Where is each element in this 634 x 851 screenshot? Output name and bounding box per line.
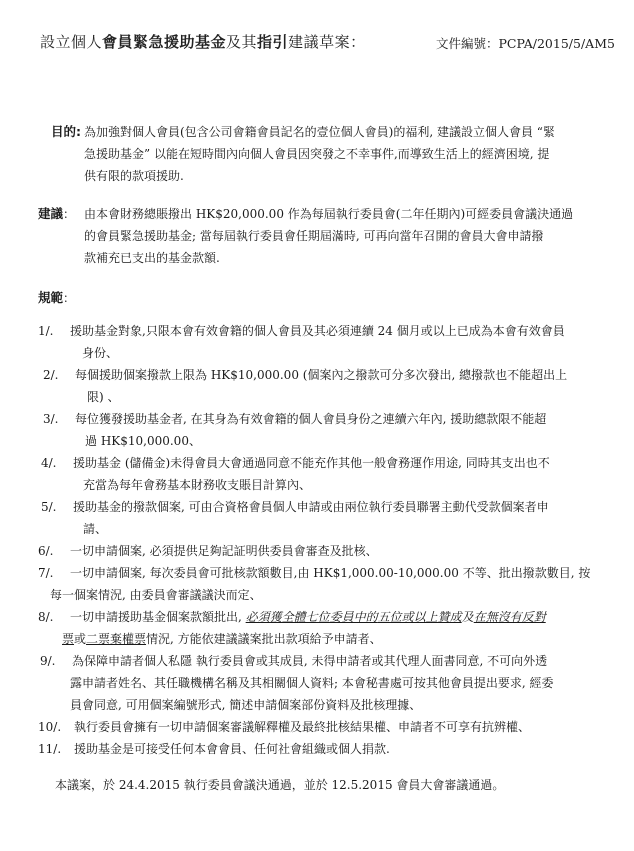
rule-item-1: 1/. 援助基金對象,只限本會有效會籍的個人會員及其必須連續 24 個月或以上已… [38, 320, 618, 364]
rule-line: 執行委員會擁有一切申請個案審議解釋權及最終批核結果權、申請者不可享有抗辨權、 [74, 716, 618, 738]
rule-line: 請、 [73, 518, 618, 540]
purpose-line: 為加強對個人會員(包含公司會籍會員記名的壹位個人會員)的福利, 建議設立個人會員… [84, 121, 614, 143]
rule-line: 每位獲發援助基金者, 在其身為有效會籍的個人會員身份之連續六年內, 援助總款限不… [75, 408, 618, 430]
rule-number: 6/. [38, 540, 54, 562]
rule-item-6: 6/. 一切申請個案, 必須提供足夠記証明供委員會審查及批核、 [38, 540, 618, 562]
rule-line: 每個援助個案撥款上限為 HK$10,000.00 (個案內之撥款可分多次發出, … [75, 364, 618, 386]
document-number: 文件編號：PCPA/2015/5/AM5 [436, 34, 615, 52]
rule-item-9: 9/. 為保障申請者個人私隱 執行委員會或其成員, 未得申請者或其代理人面書同意… [40, 650, 618, 716]
rule-number: 4/. [41, 452, 57, 474]
purpose-heading: 目的: [51, 121, 81, 143]
proposal-line: 款補充已支出的基金款額. [84, 247, 614, 269]
proposal-line: 由本會財務總賬撥出 HK$20,000.00 作為每屆執行委員會(二年任期內)可… [84, 203, 614, 225]
rule-number: 11/. [38, 738, 61, 760]
rule-line: 一切申請援助基金個案款額批出, 必須獲全體七位委員中的五位或以上贊成及在無沒有反… [70, 606, 618, 628]
rule-number: 1/. [38, 320, 54, 342]
rule-number: 5/. [41, 496, 57, 518]
title-part: 及其 [226, 33, 257, 51]
purpose-line: 供有限的款項援助. [84, 165, 614, 187]
rules-heading: 規範： [38, 287, 75, 309]
rule-line: 露申請者姓名、其任職機構名稱及其相關個人資料; 本會秘書處可按其他會員提出要求,… [70, 672, 618, 694]
rule-item-7: 7/. 一切申請個案, 每次委員會可批核款額數目,由 HK$1,000.00-1… [38, 562, 618, 606]
rule-number: 8/. [38, 606, 54, 628]
rule-number: 3/. [43, 408, 59, 430]
rule-number: 10/. [38, 716, 61, 738]
purpose-colon: : [76, 124, 81, 139]
rule-text-underlined: 二票棄權票 [86, 632, 146, 646]
rule-line: 身份、 [70, 342, 618, 364]
rule-line: 員會同意, 可用個案編號形式, 簡述申請個案部份資料及批核理據、 [70, 694, 618, 716]
title-part: 設立個人 [40, 33, 102, 51]
rule-line: 援助基金對象,只限本會有效會籍的個人會員及其必須連續 24 個月或以上已成為本會… [70, 320, 618, 342]
title-part-bold: 指引 [257, 33, 288, 51]
rule-text: 或 [74, 632, 86, 646]
rule-text: 情況, 方能依建議議案批出款項給予申請者、 [146, 632, 382, 646]
rule-item-11: 11/. 援助基金是可接受任何本會會員、任何社會組織或個人捐款. [38, 738, 618, 760]
rule-line: 一切申請個案, 每次委員會可批核款額數目,由 HK$1,000.00-10,00… [70, 562, 618, 584]
rules-list: 1/. 援助基金對象,只限本會有效會籍的個人會員及其必須連續 24 個月或以上已… [38, 320, 618, 760]
rule-line: 過 HK$10,000.00、 [75, 430, 618, 452]
rule-text-underlined: 票 [62, 632, 74, 646]
rules-colon: ： [63, 291, 75, 305]
rule-number: 2/. [43, 364, 59, 386]
title-part-bold: 會員緊急援助基金 [102, 33, 226, 51]
purpose-line: 急援助基金” 以能在短時間內向個人會員因突發之不幸事件,而導致生活上的經濟困境,… [84, 143, 614, 165]
document-title: 設立個人會員緊急援助基金及其指引建議草案： [40, 31, 366, 52]
rule-line: 充當為每年會務基本財務收支賬目計算內、 [73, 474, 618, 496]
proposal-label: 建議 [38, 206, 63, 221]
title-part: 建議草案： [288, 33, 366, 51]
rule-line: 援助基金 (儲備金)未得會員大會通過同意不能充作其他一般會務運作用途, 同時其支… [73, 452, 618, 474]
rule-line: 援助基金的撥款個案, 可由合資格會員個人申請或由兩位執行委員聯署主動代受款個案者… [73, 496, 618, 518]
rule-text-emphasis: 及 [462, 610, 474, 624]
proposal-line: 的會員緊急援助基金; 當每屆執行委員會任期屆滿時, 可再向當年召開的會員大會申請… [84, 225, 614, 247]
rule-item-5: 5/. 援助基金的撥款個案, 可由合資格會員個人申請或由兩位執行委員聯署主動代受… [41, 496, 618, 540]
proposal-body: 由本會財務總賬撥出 HK$20,000.00 作為每屆執行委員會(二年任期內)可… [84, 203, 614, 269]
rule-line: 為保障申請者個人私隱 執行委員會或其成員, 未得申請者或其代理人面書同意, 不可… [72, 650, 618, 672]
rule-line: 援助基金是可接受任何本會會員、任何社會組織或個人捐款. [74, 738, 618, 760]
proposal-colon: ： [63, 207, 75, 221]
rule-item-3: 3/. 每位獲發援助基金者, 在其身為有效會籍的個人會員身份之連續六年內, 援助… [43, 408, 618, 452]
approval-note: 本議案，於 24.4.2015 執行委員會議決通過，並於 12.5.2015 會… [55, 776, 504, 793]
rule-number: 7/. [38, 562, 54, 584]
rule-item-4: 4/. 援助基金 (儲備金)未得會員大會通過同意不能充作其他一般會務運作用途, … [41, 452, 618, 496]
rule-item-8: 8/. 一切申請援助基金個案款額批出, 必須獲全體七位委員中的五位或以上贊成及在… [38, 606, 618, 650]
rule-item-2: 2/. 每個援助個案撥款上限為 HK$10,000.00 (個案內之撥款可分多次… [43, 364, 618, 408]
rule-line: 一切申請個案, 必須提供足夠記証明供委員會審查及批核、 [70, 540, 618, 562]
purpose-body: 為加強對個人會員(包含公司會籍會員記名的壹位個人會員)的福利, 建議設立個人會員… [84, 121, 614, 187]
rule-line: 限) 、 [75, 386, 618, 408]
rule-text-emphasis: 在無沒有反對 [474, 610, 546, 624]
rule-number: 9/. [40, 650, 56, 672]
rule-text: 一切申請援助基金個案款額批出, [70, 610, 246, 624]
rule-line: 票或二票棄權票情況, 方能依建議議案批出款項給予申請者、 [62, 628, 618, 650]
rule-text-emphasis: 五位或以上贊成 [378, 610, 462, 624]
rule-line: 每一個案情況, 由委員會審議議決而定、 [50, 584, 618, 606]
proposal-heading: 建議： [38, 203, 75, 225]
purpose-label: 目的 [51, 124, 76, 139]
rule-text-emphasis: 必須獲全體七位委員中的 [246, 610, 378, 624]
rule-item-10: 10/. 執行委員會擁有一切申請個案審議解釋權及最終批核結果權、申請者不可享有抗… [38, 716, 618, 738]
rules-label: 規範 [38, 290, 63, 305]
